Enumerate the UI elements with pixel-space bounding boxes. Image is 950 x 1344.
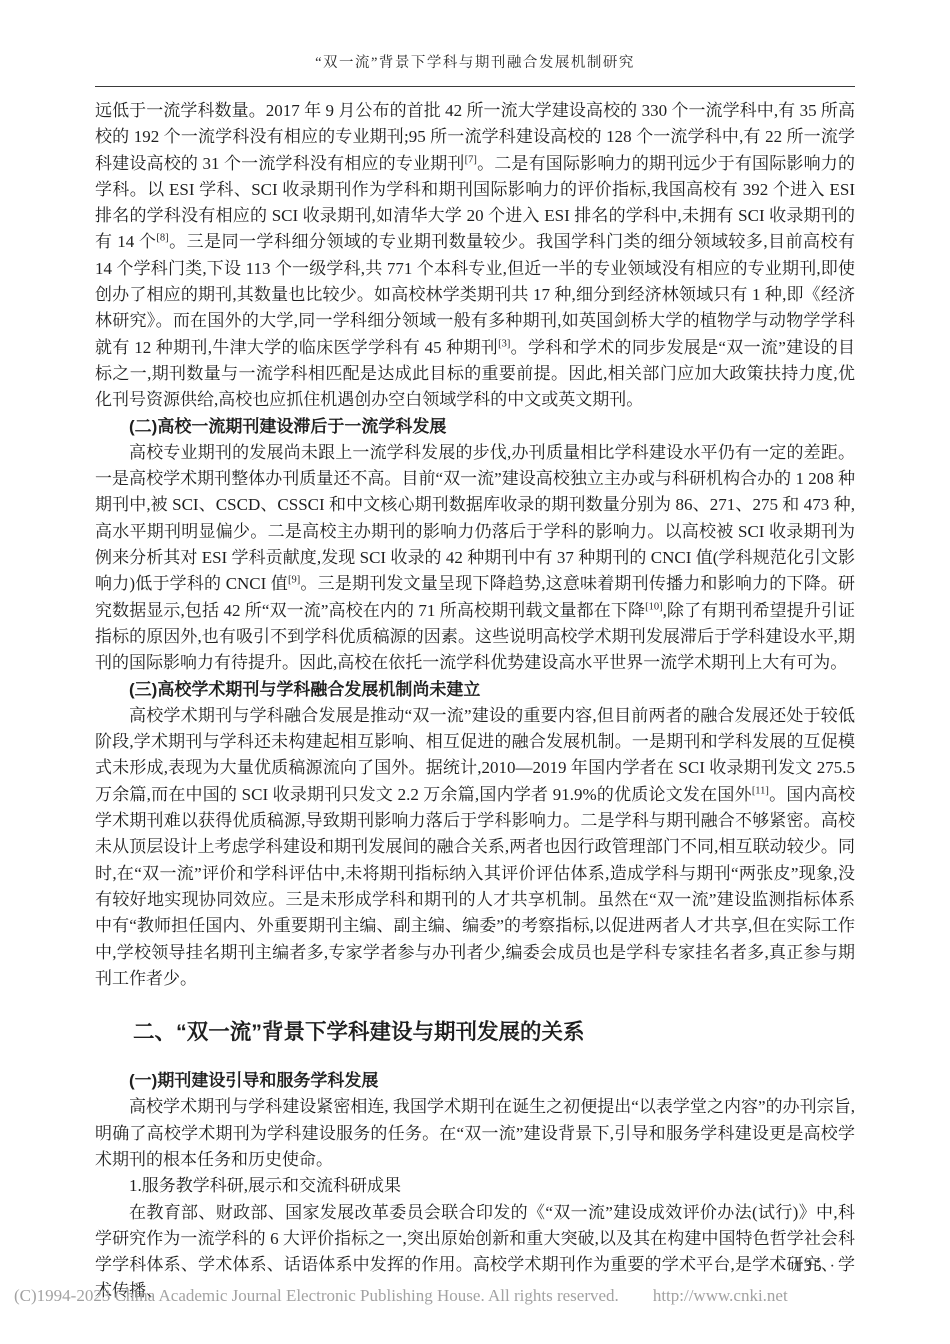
footer-copyright: (C)1994-2023 China Academic Journal Elec… — [14, 1286, 619, 1306]
page-number: · 135 · — [95, 1258, 837, 1276]
footer: (C)1994-2023 China Academic Journal Elec… — [14, 1286, 939, 1306]
paragraph: 高校专业期刊的发展尚未跟上一流学科发展的步伐,办刊质量相比学科建设水平仍有一定的… — [95, 440, 855, 677]
citation-marker: [9] — [288, 575, 300, 586]
citation-marker: [3] — [498, 338, 510, 349]
citation-marker: [10] — [645, 601, 663, 612]
citation-marker: [11] — [752, 785, 769, 796]
section-heading-3: (三)高校学术期刊与学科融合发展机制尚未建立 — [95, 677, 855, 703]
footer-url: http://www.cnki.net — [653, 1286, 788, 1306]
journal-page: “双一流”背景下学科与期刊融合发展机制研究 远低于一流学科数量。2017 年 9… — [0, 0, 950, 1344]
paragraph: 高校学术期刊与学科建设紧密相连, 我国学术期刊在诞生之初便提出“以表学堂之内容”… — [95, 1094, 855, 1173]
numbered-subheading: 1.服务教学科研,展示和交流科研成果 — [95, 1173, 855, 1199]
paragraph: 远低于一流学科数量。2017 年 9 月公布的首批 42 所一流大学建设高校的 … — [95, 98, 855, 414]
section-heading-2: (二)高校一流期刊建设滞后于一流学科发展 — [95, 414, 855, 440]
header-divider — [95, 86, 855, 87]
article-body: 远低于一流学科数量。2017 年 9 月公布的首批 42 所一流大学建设高校的 … — [95, 98, 855, 1305]
citation-marker: [8] — [156, 233, 168, 244]
running-head-title: “双一流”背景下学科与期刊融合发展机制研究 — [0, 51, 950, 72]
section-heading-1: (一)期刊建设引导和服务学科发展 — [95, 1068, 855, 1094]
paragraph: 高校学术期刊与学科融合发展是推动“双一流”建设的重要内容,但目前两者的融合发展还… — [95, 703, 855, 992]
chapter-heading: 二、“双一流”背景下学科建设与期刊发展的关系 — [95, 1017, 855, 1047]
citation-marker: [7] — [465, 154, 477, 165]
